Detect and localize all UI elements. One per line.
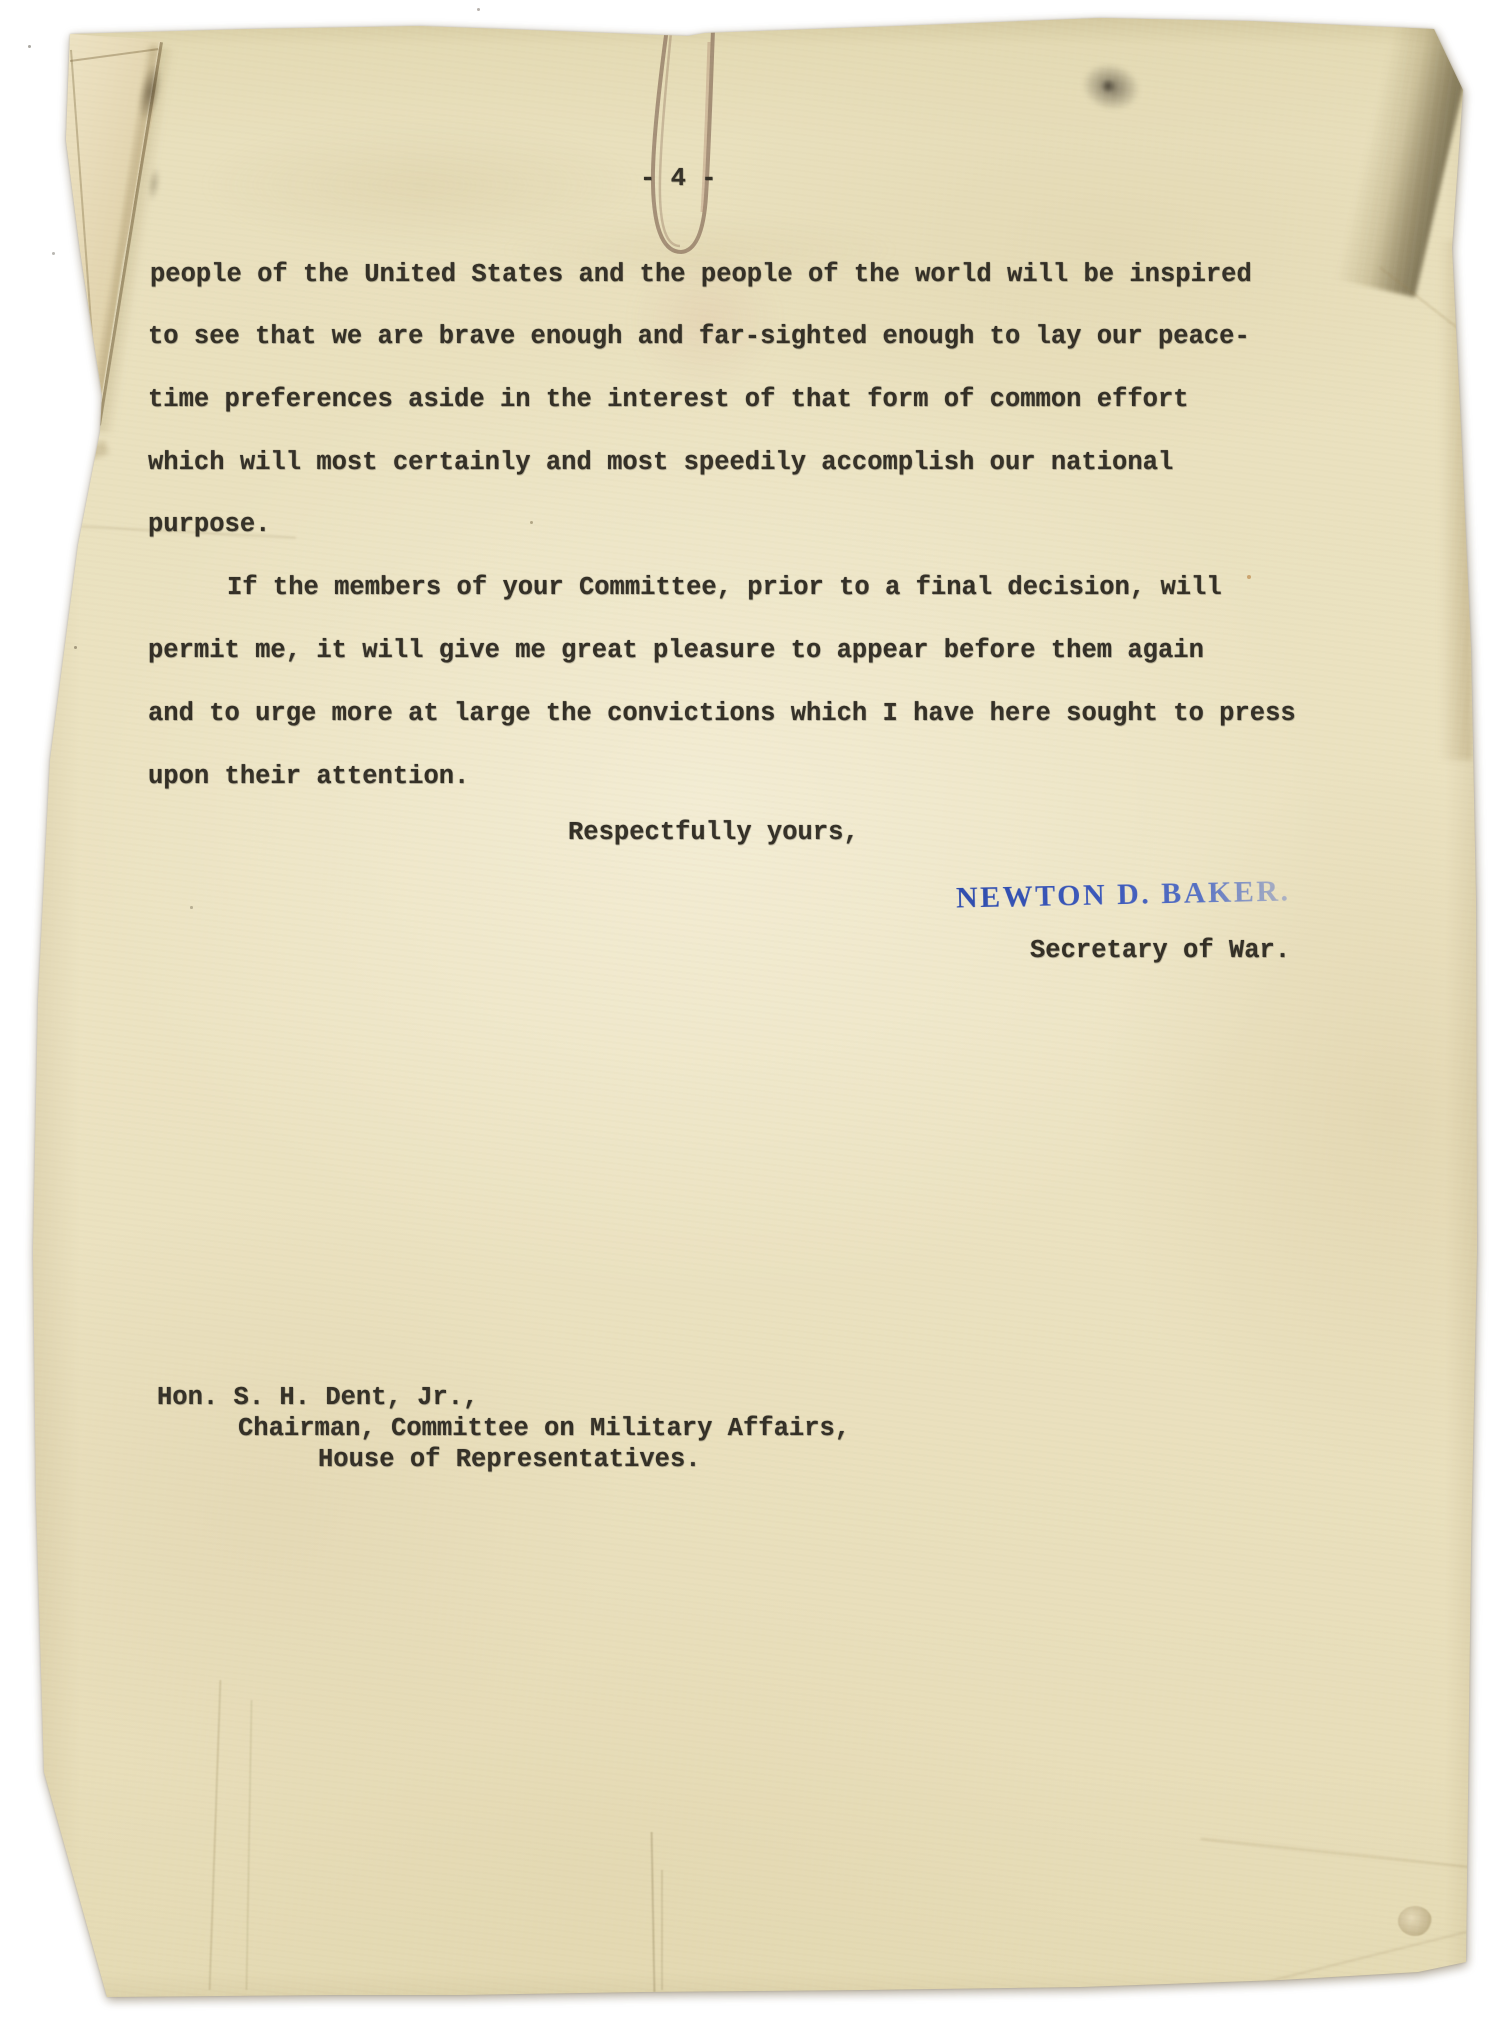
body-line: purpose. xyxy=(148,512,270,538)
paper-crease xyxy=(651,1832,656,1992)
pencil-loop-mark xyxy=(0,0,1500,2026)
foxing-speck xyxy=(57,303,61,307)
body-line: upon their attention. xyxy=(148,764,469,790)
signature-stamp: NEWTON D. BAKER. xyxy=(956,877,1291,914)
body-line: time preferences aside in the interest o… xyxy=(148,387,1189,413)
scan-background: - 4 - people of the United States and th… xyxy=(0,0,1500,2026)
fold-stain xyxy=(143,159,166,209)
recipient-line: Chairman, Committee on Military Affairs, xyxy=(238,1416,850,1442)
ink-smudge xyxy=(1077,57,1145,116)
paper-sheet: - 4 - people of the United States and th… xyxy=(0,0,1500,2026)
paper-crease xyxy=(245,1700,252,1990)
foxing-speck xyxy=(190,906,193,909)
edge-stain xyxy=(1438,240,1472,760)
edge-stain xyxy=(1335,6,1478,297)
body-line: people of the United States and the peop… xyxy=(150,262,1252,288)
ink-smudge xyxy=(1100,80,1116,92)
body-line: to see that we are brave enough and far-… xyxy=(148,324,1250,350)
body-line: permit me, it will give me great pleasur… xyxy=(148,638,1204,664)
foxing-speck xyxy=(74,646,77,649)
body-line: and to urge more at large the conviction… xyxy=(148,701,1296,727)
body-line: which will most certainly and most speed… xyxy=(148,450,1173,476)
foxing-speck xyxy=(530,521,533,524)
recipient-line: Hon. S. H. Dent, Jr., xyxy=(157,1385,478,1411)
recipient-line: House of Representatives. xyxy=(318,1447,701,1473)
body-line: If the members of your Committee, prior … xyxy=(227,575,1222,601)
paper-crease xyxy=(1263,1928,1477,1983)
fold-shadow xyxy=(55,440,109,469)
foxing-speck xyxy=(1247,575,1251,579)
paper-crease xyxy=(1379,266,1467,335)
paper-blemish xyxy=(1398,1906,1432,1936)
wrinkle-shading xyxy=(200,120,640,250)
page-number: - 4 - xyxy=(640,166,717,192)
paper-crease xyxy=(209,1680,222,1990)
closing-line: Respectfully yours, xyxy=(568,820,859,846)
letter-page: - 4 - people of the United States and th… xyxy=(0,0,1500,2026)
folded-corner xyxy=(0,0,220,500)
paper-crease xyxy=(661,1870,663,1990)
paper-crease xyxy=(1201,1838,1470,1868)
signature-title: Secretary of War. xyxy=(1030,938,1290,964)
